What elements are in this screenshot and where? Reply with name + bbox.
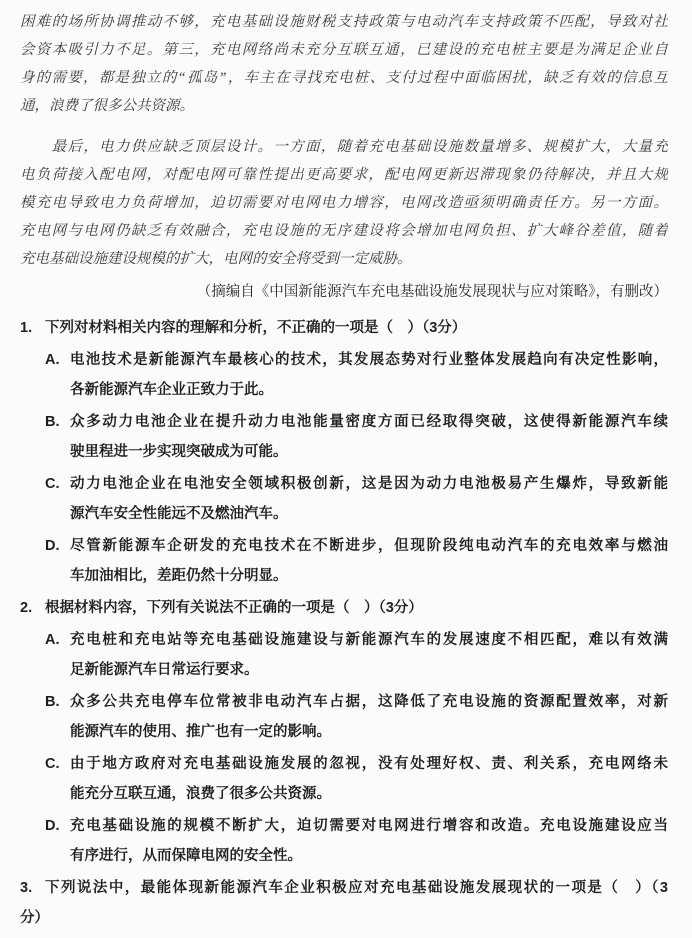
option-text: 充电基础设施的规模不断扩大，迫切需要对电网进行增容和改造。充电设施建设应当有序进…	[70, 811, 668, 871]
option-label: C.	[45, 749, 70, 809]
text-line: 有序进行，从而保障电网的安全性。	[70, 841, 668, 871]
text-line: 下列对材料相关内容的理解和分析，不正确的一项是（ ）（3分）	[45, 313, 668, 343]
text-line: 根据材料内容，下列有关说法不正确的一项是（ ）（3分）	[45, 593, 668, 623]
text-line: 动力电池企业在电池安全领域积极创新，这是因为动力电池极易产生爆炸，导致新能	[70, 469, 668, 499]
question-stem: 2.根据材料内容，下列有关说法不正确的一项是（ ）（3分）	[20, 593, 668, 623]
option: D.充电基础设施的规模不断扩大，迫切需要对电网进行增容和改造。充电设施建设应当有…	[20, 811, 668, 871]
text-line: 充电基础设施建设规模的扩大，电网的安全将受到一定威胁。	[20, 245, 668, 273]
question-number: 3.	[20, 873, 45, 903]
question-number: 1.	[20, 313, 45, 343]
paragraph: 困难的场所协调推动不够，充电基础设施财税支持政策与电动汽车支持政策不匹配，导致对…	[20, 8, 668, 120]
text-line: 会资本吸引力不足。第三，充电网络尚未充分互联互通，已建设的充电桩主要是为满足企业…	[20, 36, 668, 64]
question: 3.下列说法中，最能体现新能源汽车企业积极应对充电基础设施发展现状的一项是（ ）…	[20, 873, 668, 933]
exam-page: 困难的场所协调推动不够，充电基础设施财税支持政策与电动汽车支持政策不匹配，导致对…	[0, 0, 692, 938]
text-line: 源汽车安全性能远不及燃油汽车。	[70, 499, 668, 529]
option-label: A.	[45, 625, 70, 685]
question: 2.根据材料内容，下列有关说法不正确的一项是（ ）（3分）A.充电桩和充电站等充…	[20, 593, 668, 871]
option-label: C.	[45, 469, 70, 529]
text-line: 充电基础设施的规模不断扩大，迫切需要对电网进行增容和改造。充电设施建设应当	[70, 811, 668, 841]
question-stem: 3.下列说法中，最能体现新能源汽车企业积极应对充电基础设施发展现状的一项是（ ）…	[20, 873, 668, 933]
option-label: D.	[45, 531, 70, 591]
option-text: 动力电池企业在电池安全领域积极创新，这是因为动力电池极易产生爆炸，导致新能源汽车…	[70, 469, 668, 529]
question-stem: 1.下列对材料相关内容的理解和分析，不正确的一项是（ ）（3分）	[20, 313, 668, 343]
option-label: A.	[45, 345, 70, 405]
text-line: 身的需要，都是独立的“孤岛”，车主在寻找充电桩、支付过程中面临困扰，缺乏有效的信…	[20, 64, 668, 92]
option: C.动力电池企业在电池安全领域积极创新，这是因为动力电池极易产生爆炸，导致新能源…	[20, 469, 668, 529]
text-line: 能充分互联互通，浪费了很多公共资源。	[70, 779, 668, 809]
question-list: 1.下列对材料相关内容的理解和分析，不正确的一项是（ ）（3分）A.电池技术是新…	[20, 313, 668, 933]
option: B.众多动力电池企业在提升动力电池能量密度方面已经取得突破，这使得新能源汽车续驶…	[20, 407, 668, 467]
attribution-line: （摘编自《中国新能源汽车充电基础设施发展现状与应对策略》，有删改）	[20, 278, 668, 306]
text-line: 能源汽车的使用、推广也有一定的影响。	[70, 717, 668, 747]
option-label: B.	[45, 687, 70, 747]
option-text: 众多动力电池企业在提升动力电池能量密度方面已经取得突破，这使得新能源汽车续驶里程…	[70, 407, 668, 467]
text-line: 由于地方政府对充电基础设施发展的忽视，没有处理好权、责、利关系，充电网络未	[70, 749, 668, 779]
text-line: 最后，电力供应缺乏顶层设计。一方面，随着充电基础设施数量增多、规模扩大，大量充	[20, 133, 668, 161]
text-line: 充电桩和充电站等充电基础设施建设与新能源汽车的发展速度不相匹配，难以有效满	[70, 625, 668, 655]
option: A.电池技术是新能源汽车最核心的技术，其发展态势对行业整体发展趋向有决定性影响，…	[20, 345, 668, 405]
option-text: 电池技术是新能源汽车最核心的技术，其发展态势对行业整体发展趋向有决定性影响，各新…	[70, 345, 668, 405]
option: D.尽管新能源车企研发的充电技术在不断进步，但现阶段纯电动汽车的充电效率与燃油车…	[20, 531, 668, 591]
question: 1.下列对材料相关内容的理解和分析，不正确的一项是（ ）（3分）A.电池技术是新…	[20, 313, 668, 591]
text-line: 车加油相比，差距仍然十分明显。	[70, 561, 668, 591]
text-line: 众多公共充电停车位常被非电动汽车占据，这降低了充电设施的资源配置效率，对新	[70, 687, 668, 717]
option: C.由于地方政府对充电基础设施发展的忽视，没有处理好权、责、利关系，充电网络未能…	[20, 749, 668, 809]
text-line: 足新能源汽车日常运行要求。	[70, 655, 668, 685]
text-line: 通，浪费了很多公共资源。	[20, 92, 668, 120]
option-label: B.	[45, 407, 70, 467]
text-line: 电池技术是新能源汽车最核心的技术，其发展态势对行业整体发展趋向有决定性影响，	[70, 345, 668, 375]
option-label: D.	[45, 811, 70, 871]
text-line: 下列说法中，最能体现新能源汽车企业积极应对充电基础设施发展现状的一项是（ ）（3	[45, 873, 668, 903]
text-line: 困难的场所协调推动不够，充电基础设施财税支持政策与电动汽车支持政策不匹配，导致对…	[20, 8, 668, 36]
text-line: 众多动力电池企业在提升动力电池能量密度方面已经取得突破，这使得新能源汽车续	[70, 407, 668, 437]
option: A.充电桩和充电站等充电基础设施建设与新能源汽车的发展速度不相匹配，难以有效满足…	[20, 625, 668, 685]
question-number: 2.	[20, 593, 45, 623]
option-text: 众多公共充电停车位常被非电动汽车占据，这降低了充电设施的资源配置效率，对新能源汽…	[70, 687, 668, 747]
text-line: 充电网与电网仍缺乏有效融合，充电设施的无序建设将会增加电网负担、扩大峰谷差值，随…	[20, 217, 668, 245]
option-text: 充电桩和充电站等充电基础设施建设与新能源汽车的发展速度不相匹配，难以有效满足新能…	[70, 625, 668, 685]
option-text: 尽管新能源车企研发的充电技术在不断进步，但现阶段纯电动汽车的充电效率与燃油车加油…	[70, 531, 668, 591]
text-line: 驶里程进一步实现突破成为可能。	[70, 437, 668, 467]
text-line: 电负荷接入配电网，对配电网可靠性提出更高要求，配电网更新迟滞现象仍待解决，并且大…	[20, 161, 668, 189]
paragraph: 最后，电力供应缺乏顶层设计。一方面，随着充电基础设施数量增多、规模扩大，大量充电…	[20, 133, 668, 273]
option-text: 由于地方政府对充电基础设施发展的忽视，没有处理好权、责、利关系，充电网络未能充分…	[70, 749, 668, 809]
passage: 困难的场所协调推动不够，充电基础设施财税支持政策与电动汽车支持政策不匹配，导致对…	[20, 8, 668, 273]
text-line: 尽管新能源车企研发的充电技术在不断进步，但现阶段纯电动汽车的充电效率与燃油	[70, 531, 668, 561]
text-line: 各新能源汽车企业正致力于此。	[70, 375, 668, 405]
text-line: 模充电导致电力负荷增加，迫切需要对电网电力增容，电网改造亟须明确责任方。另一方面…	[20, 189, 668, 217]
option: B.众多公共充电停车位常被非电动汽车占据，这降低了充电设施的资源配置效率，对新能…	[20, 687, 668, 747]
text-line: 分）	[20, 903, 668, 933]
